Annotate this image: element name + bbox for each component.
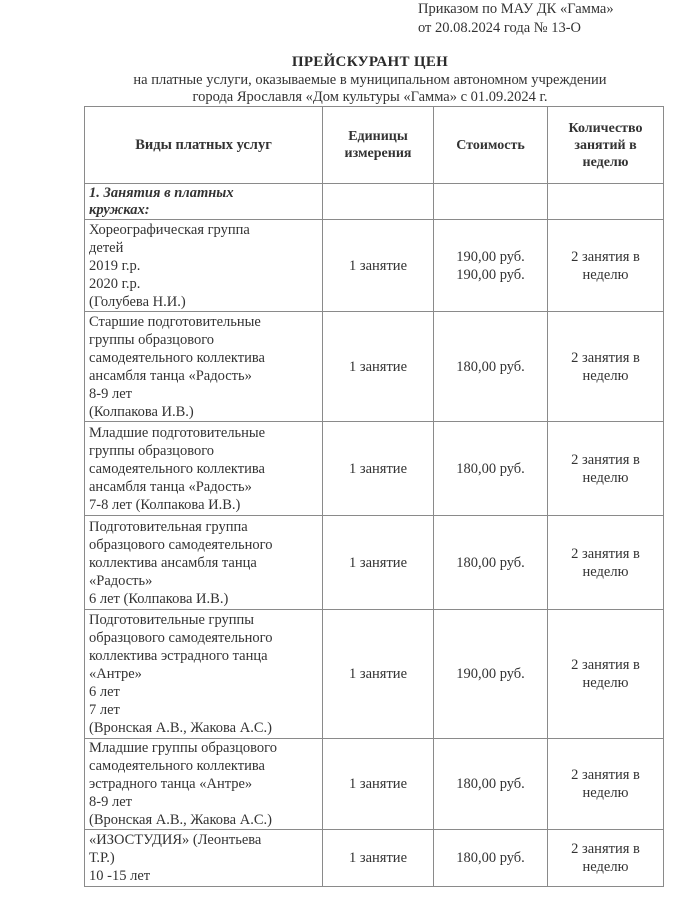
service-name-cell: Младшие группы образцовогосамодеятельног…: [85, 739, 323, 830]
price-line: 180,00 руб.: [438, 358, 543, 376]
service-name-line: эстрадного танца «Антре»: [89, 775, 318, 793]
service-name-line: ансамбля танца «Радость»: [89, 478, 318, 496]
frequency-line: неделю: [552, 784, 659, 802]
service-name-line: «Радость»: [89, 572, 318, 590]
unit-cell: 1 занятие: [323, 220, 434, 312]
service-name-line: самодеятельного коллектива: [89, 349, 318, 367]
header-unit-line: Единицы: [327, 128, 429, 145]
frequency-line: 2 занятия в: [552, 656, 659, 674]
service-name-line: 2019 г.р.: [89, 257, 318, 275]
service-name-line: Младшие подготовительные: [89, 424, 318, 442]
price-line: 190,00 руб.: [438, 665, 543, 683]
price-cell: 180,00 руб.: [434, 830, 548, 887]
service-name-line: 10 -15 лет: [89, 867, 318, 885]
frequency-line: 2 занятия в: [552, 840, 659, 858]
subtitle-line-2: города Ярославля «Дом культуры «Гамма» с…: [0, 89, 700, 106]
price-line: 190,00 руб.: [438, 266, 543, 284]
service-name-line: самодеятельного коллектива: [89, 460, 318, 478]
table-row: Хореографическая группадетей2019 г.р.202…: [85, 220, 664, 312]
service-name-line: Младшие группы образцового: [89, 739, 318, 757]
service-name-line: самодеятельного коллектива: [89, 757, 318, 775]
document-title: ПРЕЙСКУРАНТ ЦЕН: [0, 54, 700, 71]
section-empty-cell: [548, 184, 664, 220]
service-name-line: 6 лет (Колпакова И.В.): [89, 590, 318, 608]
table-header-row: Виды платных услуг Единицыизмерения Стои…: [85, 107, 664, 184]
service-name-line: Подготовительная группа: [89, 518, 318, 536]
header-frequency: Количествозанятий внеделю: [548, 107, 664, 184]
section-label-line: кружках:: [89, 202, 318, 219]
table-row: Старшие подготовительныегруппы образцово…: [85, 312, 664, 422]
service-name-line: 7 лет: [89, 701, 318, 719]
service-name-line: «Антре»: [89, 665, 318, 683]
order-reference-line-2: от 20.08.2024 года № 13-О: [418, 19, 614, 38]
service-name-line: (Вронская А.В., Жакова А.С.): [89, 811, 318, 829]
unit-cell: 1 занятие: [323, 516, 434, 610]
table-row: Подготовительная группаобразцового самод…: [85, 516, 664, 610]
service-name-line: коллектива эстрадного танца: [89, 647, 318, 665]
frequency-cell: 2 занятия внеделю: [548, 516, 664, 610]
price-cell: 180,00 руб.: [434, 739, 548, 830]
frequency-line: неделю: [552, 858, 659, 876]
price-line: 180,00 руб.: [438, 460, 543, 478]
frequency-line: неделю: [552, 367, 659, 385]
service-name-line: группы образцового: [89, 442, 318, 460]
service-name-line: Т.Р.): [89, 849, 318, 867]
header-price-line: Стоимость: [438, 137, 543, 154]
price-cell: 180,00 руб.: [434, 312, 548, 422]
header-price: Стоимость: [434, 107, 548, 184]
section-row: 1. Занятия в платныхкружках:: [85, 184, 664, 220]
frequency-line: неделю: [552, 674, 659, 692]
price-cell: 180,00 руб.: [434, 516, 548, 610]
section-empty-cell: [323, 184, 434, 220]
service-name-line: 7-8 лет (Колпакова И.В.): [89, 496, 318, 514]
table-row: Младшие подготовительныегруппы образцово…: [85, 422, 664, 516]
service-name-cell: Младшие подготовительныегруппы образцово…: [85, 422, 323, 516]
frequency-cell: 2 занятия внеделю: [548, 610, 664, 739]
unit-cell: 1 занятие: [323, 830, 434, 887]
price-table: Виды платных услуг Единицыизмерения Стои…: [84, 106, 664, 887]
service-name-line: 6 лет: [89, 683, 318, 701]
frequency-cell: 2 занятия внеделю: [548, 830, 664, 887]
table-row: «ИЗОСТУДИЯ» (ЛеонтьеваТ.Р.) 10 -15 лет1 …: [85, 830, 664, 887]
frequency-cell: 2 занятия внеделю: [548, 220, 664, 312]
frequency-line: 2 занятия в: [552, 545, 659, 563]
price-line: 180,00 руб.: [438, 849, 543, 867]
frequency-cell: 2 занятия внеделю: [548, 422, 664, 516]
header-service-type: Виды платных услуг: [85, 107, 323, 184]
header-frequency-line: занятий в: [552, 137, 659, 154]
frequency-line: 2 занятия в: [552, 766, 659, 784]
section-label: 1. Занятия в платныхкружках:: [85, 184, 323, 220]
service-name-line: Старшие подготовительные: [89, 313, 318, 331]
header-frequency-line: неделю: [552, 154, 659, 171]
service-name-line: «ИЗОСТУДИЯ» (Леонтьева: [89, 831, 318, 849]
table-row: Младшие группы образцовогосамодеятельног…: [85, 739, 664, 830]
service-name-line: 2020 г.р.: [89, 275, 318, 293]
service-name-line: детей: [89, 239, 318, 257]
service-name-line: 8-9 лет: [89, 385, 318, 403]
price-cell: 190,00 руб.: [434, 610, 548, 739]
frequency-line: неделю: [552, 266, 659, 284]
frequency-cell: 2 занятия внеделю: [548, 739, 664, 830]
service-name-line: группы образцового: [89, 331, 318, 349]
unit-cell: 1 занятие: [323, 610, 434, 739]
frequency-line: 2 занятия в: [552, 248, 659, 266]
price-line: 190,00 руб.: [438, 248, 543, 266]
service-name-line: Подготовительные группы: [89, 611, 318, 629]
table-row: Подготовительные группыобразцового самод…: [85, 610, 664, 739]
section-label-line: 1. Занятия в платных: [89, 185, 318, 202]
header-unit-line: измерения: [327, 145, 429, 162]
price-line: 180,00 руб.: [438, 554, 543, 572]
frequency-cell: 2 занятия внеделю: [548, 312, 664, 422]
price-line: 180,00 руб.: [438, 775, 543, 793]
service-name-cell: «ИЗОСТУДИЯ» (ЛеонтьеваТ.Р.) 10 -15 лет: [85, 830, 323, 887]
frequency-line: неделю: [552, 563, 659, 581]
service-name-line: ансамбля танца «Радость»: [89, 367, 318, 385]
service-name-line: коллектива ансамбля танца: [89, 554, 318, 572]
subtitle-line-1: на платные услуги, оказываемые в муницип…: [0, 72, 700, 89]
frequency-line: 2 занятия в: [552, 349, 659, 367]
price-cell: 190,00 руб.190,00 руб.: [434, 220, 548, 312]
header-frequency-line: Количество: [552, 120, 659, 137]
service-name-cell: Подготовительные группыобразцового самод…: [85, 610, 323, 739]
header-service-type-line: Виды платных услуг: [89, 137, 318, 154]
unit-cell: 1 занятие: [323, 422, 434, 516]
service-name-cell: Хореографическая группадетей2019 г.р.202…: [85, 220, 323, 312]
service-name-cell: Старшие подготовительныегруппы образцово…: [85, 312, 323, 422]
service-name-line: Хореографическая группа: [89, 221, 318, 239]
unit-cell: 1 занятие: [323, 312, 434, 422]
frequency-line: неделю: [552, 469, 659, 487]
document-subtitle: на платные услуги, оказываемые в муницип…: [0, 72, 700, 106]
service-name-cell: Подготовительная группаобразцового самод…: [85, 516, 323, 610]
frequency-line: 2 занятия в: [552, 451, 659, 469]
service-name-line: образцового самодеятельного: [89, 629, 318, 647]
service-name-line: (Вронская А.В., Жакова А.С.): [89, 719, 318, 737]
section-empty-cell: [434, 184, 548, 220]
service-name-line: (Колпакова И.В.): [89, 403, 318, 421]
order-reference: Приказом по МАУ ДК «Гамма» от 20.08.2024…: [418, 0, 614, 38]
unit-cell: 1 занятие: [323, 739, 434, 830]
order-reference-line-1: Приказом по МАУ ДК «Гамма»: [418, 0, 614, 19]
service-name-line: (Голубева Н.И.): [89, 293, 318, 311]
service-name-line: 8-9 лет: [89, 793, 318, 811]
price-cell: 180,00 руб.: [434, 422, 548, 516]
header-unit: Единицыизмерения: [323, 107, 434, 184]
service-name-line: образцового самодеятельного: [89, 536, 318, 554]
